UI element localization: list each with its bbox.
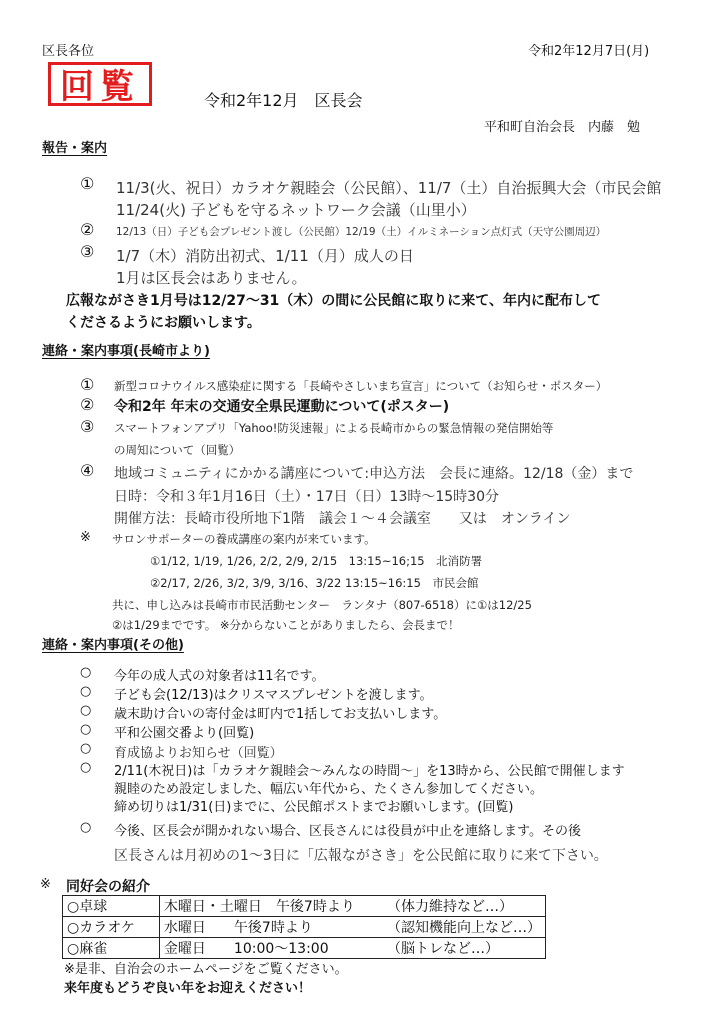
other-item-3: 歳末助け合いの寄付金は町内で1括してお支払いします。 (114, 703, 446, 722)
item-marker: ③ (80, 242, 94, 261)
section-heading-report: 報告・案内 (42, 137, 107, 156)
addressee: 区長各位 (42, 40, 94, 59)
bullet-icon: ○ (80, 703, 91, 718)
city-item-2-line-1: 令和2年 年末の交通安全県民運動について(ポスター) (114, 396, 449, 416)
other-item-4: 平和公園交番より(回覧) (114, 722, 254, 741)
club-purpose: （体力維持など…） (383, 896, 546, 917)
report-item-2-line-1: 12/13（日）子ども会プレゼント渡し（公民館）12/19（土）イルミネーション… (116, 224, 606, 239)
salon-note-line-5: ②は1/29までです。 ※分からないことがありましたら、会長まで！ (112, 617, 460, 633)
salon-note-line-1: サロンサポーターの養成講座の案内が来ています。 (112, 531, 376, 547)
notice-line-2: くださるようにお願いします。 (66, 312, 261, 332)
item-marker: ③ (80, 417, 94, 436)
other-item-7-line-2: 区長さんは月初めの1～3日に「広報ながさき」を公民館に取りに来て下さい。 (114, 845, 608, 865)
clubs-marker: ※ (40, 877, 51, 892)
item-marker: ① (80, 174, 94, 193)
club-name: ○麻雀 (63, 938, 160, 959)
club-purpose: （認知機能向上など…） (383, 917, 546, 938)
report-item-3-line-1: 1/7（木）消防出初式、1/11（月）成人の日 (116, 245, 414, 266)
notice-line-1: 広報ながさき1月号は12/27～31（木）の間に公民館に取りに来て、年内に配布し… (66, 290, 601, 310)
homepage-note: ※是非、自治会のホームページをご覧ください。 (64, 958, 348, 977)
club-name: ○カラオケ (63, 917, 160, 938)
salon-note-line-2: ①1/12, 1/19, 1/26, 2/2, 2/9, 2/15 13:15~… (150, 553, 482, 569)
document-title: 令和2年12月 区長会 (204, 88, 363, 111)
other-item-6-line-2: 親睦のため設定しました、幅広い年代から、たくさん参加してください。 (114, 778, 543, 797)
other-item-2: 子ども会(12/13)はクリスマスプレゼントを渡します。 (114, 684, 433, 703)
section-heading-city: 連絡・案内事項(長崎市より) (42, 340, 210, 359)
club-schedule: 水曜日 午後7時より (159, 917, 383, 938)
other-item-6-line-1: 2/11(木祝日)は「カラオケ親睦会～みんなの時間～」を13時から、公民館で開催… (114, 760, 674, 779)
bullet-icon: ○ (80, 665, 91, 680)
report-item-1-line-2: 11/24(火) 子どもを守るネットワーク会議（山里小） (116, 199, 476, 220)
note-marker: ※ (80, 530, 91, 545)
bullet-icon: ○ (80, 820, 91, 835)
other-item-6-line-3: 締め切りは1/31(日)までに、公民館ポストまでお願いします。(回覧) (114, 796, 513, 815)
item-marker: ④ (80, 461, 94, 480)
item-marker: ① (80, 375, 94, 394)
bullet-icon: ○ (80, 741, 91, 756)
clubs-table: ○卓球 木曜日・土曜日 午後7時より （体力維持など…） ○カラオケ 水曜日 午… (62, 895, 546, 959)
table-row: ○カラオケ 水曜日 午後7時より （認知機能向上など…） (63, 917, 546, 938)
other-item-7-line-1: 今後、区長会が開かれない場合、区長さんには役員が中止を連絡します。その後 (114, 820, 581, 839)
city-item-4-line-3: 開催方法：長崎市役所地下1階 議会１～４会議室 又は オンライン (114, 508, 571, 528)
circulation-stamp: 回覧 (48, 62, 152, 106)
salon-note-line-3: ②2/17, 2/26, 3/2, 3/9, 3/16、3/22 13:15~1… (150, 575, 478, 591)
city-item-4-line-2: 日時：令和３年1月16日（土）・17日（日）13時～15時30分 (114, 486, 499, 506)
city-item-4-line-1: 地域コミュニティにかかる講座について:申込方法 会長に連絡。12/18（金）まで (114, 463, 674, 483)
table-row: ○麻雀 金曜日 10:00～13:00 （脳トレなど…） (63, 938, 546, 959)
clubs-heading: 同好会の紹介 (66, 876, 150, 896)
club-schedule: 金曜日 10:00～13:00 (159, 938, 383, 959)
table-row: ○卓球 木曜日・土曜日 午後7時より （体力維持など…） (63, 896, 546, 917)
closing-message: 来年度もどうぞ良い年をお迎えください！ (64, 977, 311, 996)
bullet-icon: ○ (80, 722, 91, 737)
salon-note-line-4: 共に、申し込みは長崎市市民活動センター ランタナ（807-6518）に①は12/… (112, 597, 532, 613)
other-item-1: 今年の成人式の対象者は11名です。 (114, 665, 325, 684)
report-item-3-line-2: 1月は区長会はありません。 (116, 267, 306, 288)
city-item-1-line-1: 新型コロナウイルス感染症に関する「長崎やさしいまち宣言」について（お知らせ・ポス… (114, 378, 607, 394)
sender: 平和町自治会長 内藤 勉 (484, 116, 640, 135)
bullet-icon: ○ (80, 760, 91, 775)
item-marker: ② (80, 220, 94, 239)
club-purpose: （脳トレなど…） (383, 938, 546, 959)
item-marker: ② (80, 395, 94, 414)
document-date: 令和2年12月7日(月) (528, 40, 649, 59)
report-item-1-line-1: 11/3(火、祝日）カラオケ親睦会（公民館）、11/7（土）自治振興大会（市民会… (116, 177, 722, 198)
club-name: ○卓球 (63, 896, 160, 917)
bullet-icon: ○ (80, 684, 91, 699)
city-item-3-line-1: スマートフォンアプリ「Yahoo!防災速報」による長崎市からの緊急情報の発信開始… (114, 420, 553, 436)
club-schedule: 木曜日・土曜日 午後7時より (159, 896, 383, 917)
other-item-5: 育成協よりお知らせ（回覧） (114, 742, 283, 761)
section-heading-other: 連絡・案内事項(その他) (42, 634, 184, 653)
city-item-3-line-2: の周知について（回覧） (114, 442, 240, 458)
